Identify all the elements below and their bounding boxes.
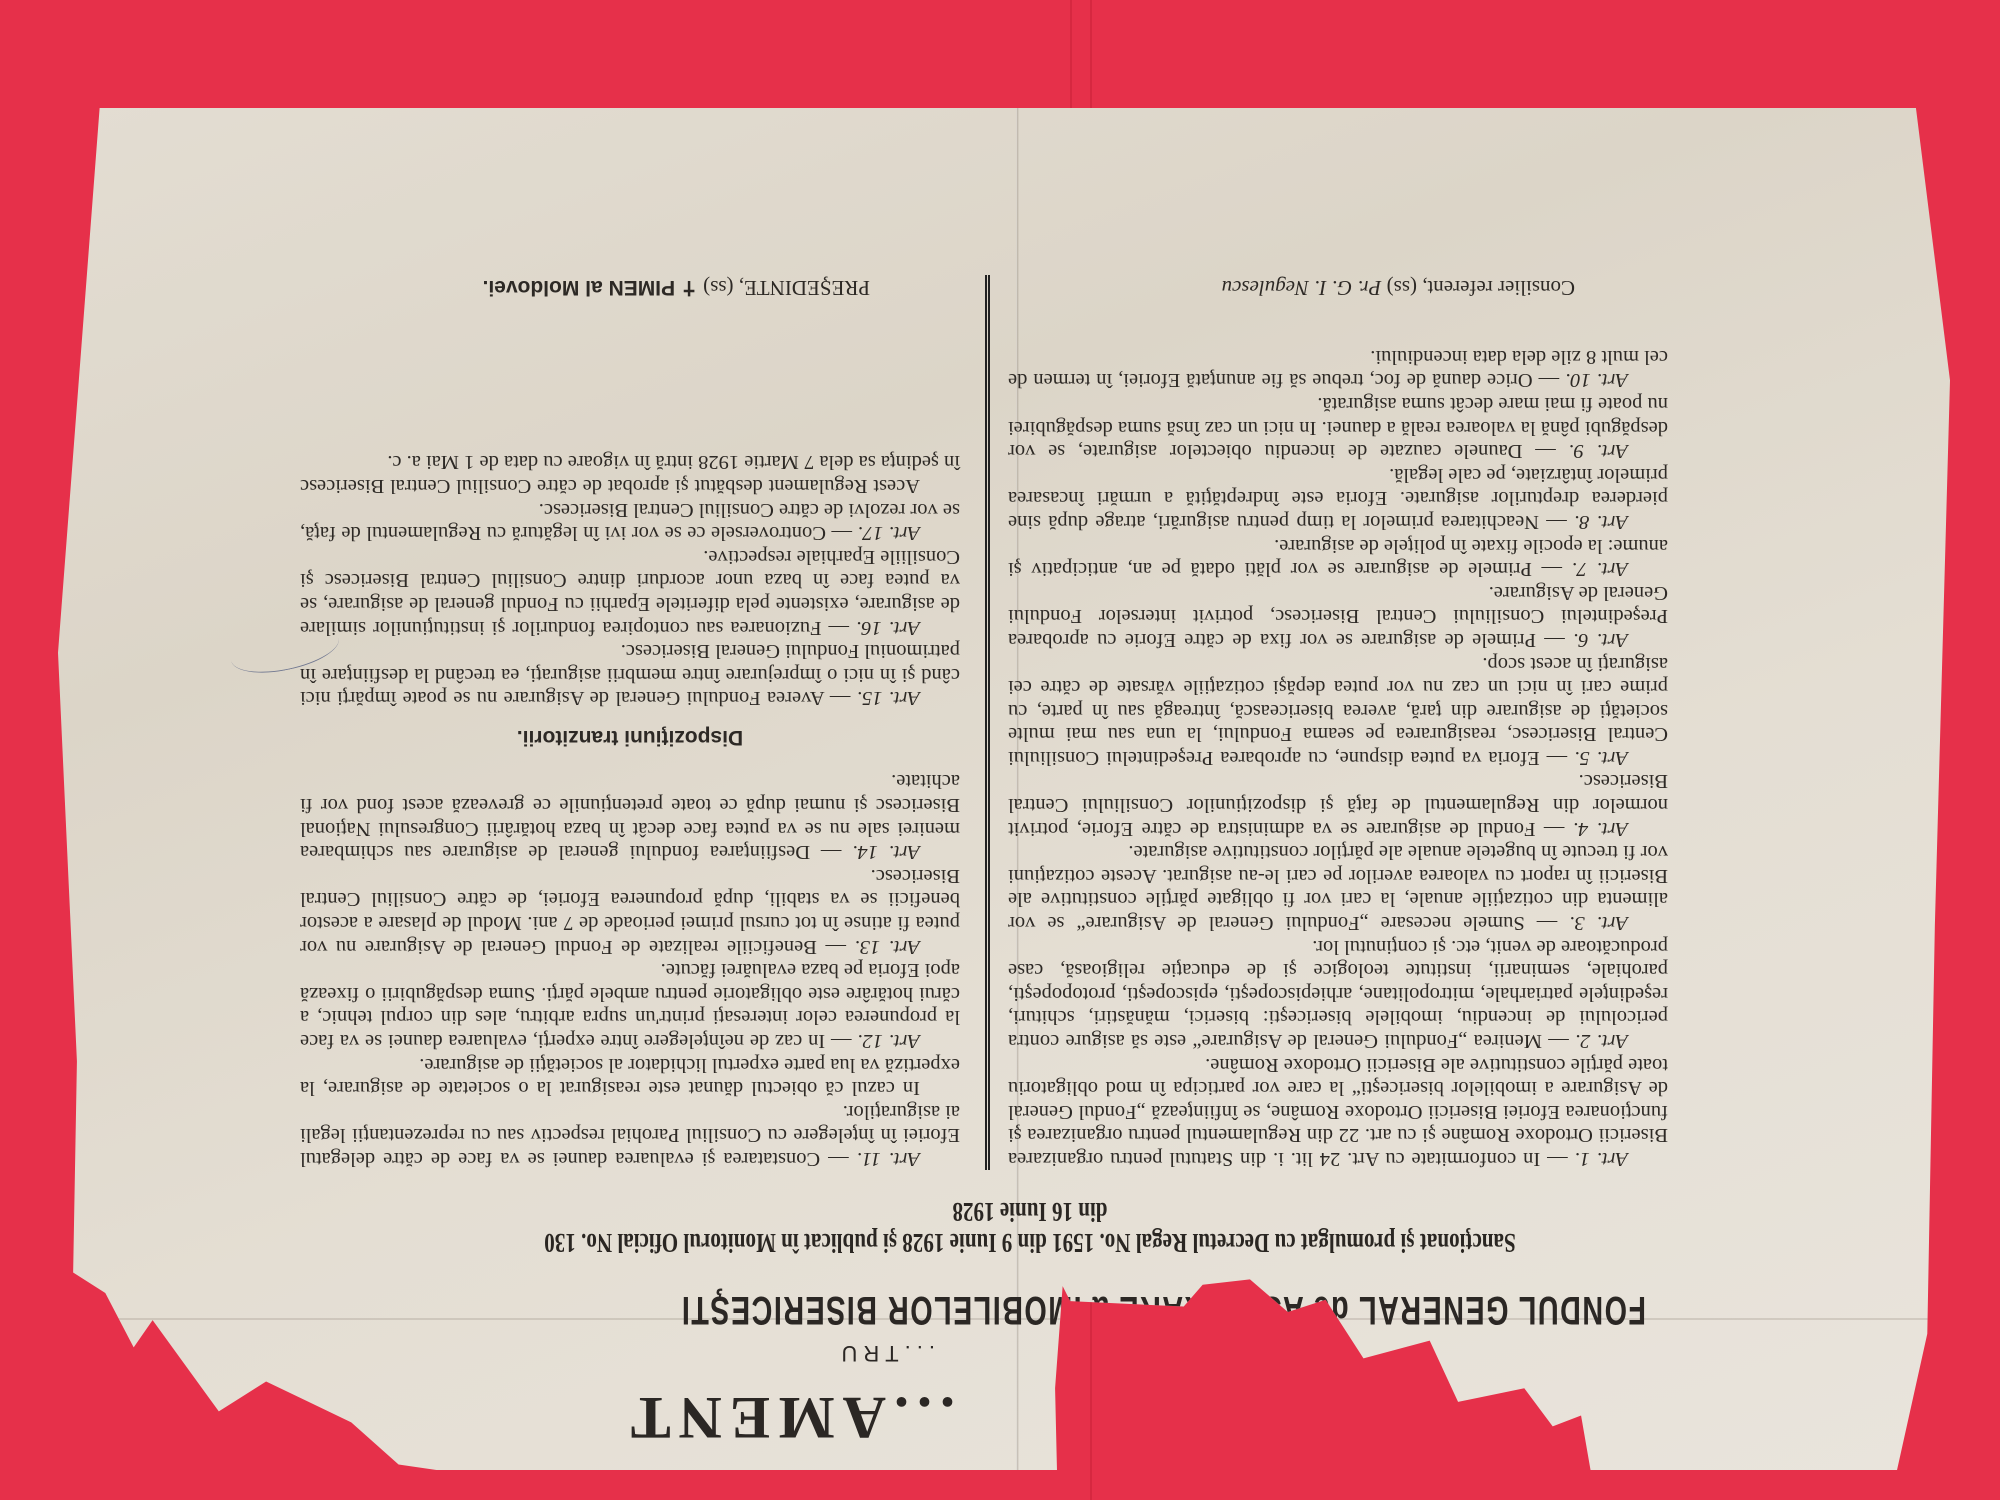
document-sheet: ...AMENT ...TRU FONDUL GENERAL de ASIGUR…	[58, 108, 1950, 1470]
article-paragraph: Art. 12. — In caz de neînţelegere între …	[300, 958, 960, 1052]
sanction-line-1: Sancţionat şi promulgat cu Decretul Rega…	[544, 1228, 1516, 1258]
article-number: Art. 14.	[852, 841, 920, 863]
article-paragraph: Art. 13. — Beneficiile realizate de Fond…	[300, 863, 960, 957]
article-paragraph: Art. 2. — Menirea „Fondului General de A…	[1008, 934, 1668, 1052]
article-number: Art. 2.	[1575, 1030, 1628, 1052]
sanction-notice: Sancţionat şi promulgat cu Decretul Rega…	[500, 1196, 1561, 1258]
article-text: — Daunele cauzate de incendiu obiectelor…	[1008, 393, 1668, 462]
article-text: — Fondul de asigurare se va administra d…	[1008, 771, 1668, 840]
section-subheading: Dispoziţiuni tranzitorii.	[300, 725, 960, 749]
article-paragraph: Art. 7. — Primele de asigurare se vor pl…	[1008, 533, 1668, 580]
article-number: Art. 16.	[856, 617, 920, 639]
signature-name: Pr. G. I. Negulescu	[1222, 276, 1382, 300]
article-paragraph: In cazul că obiectul dăunat este reasigu…	[300, 1052, 960, 1099]
article-text: — Sumele necesare „Fondului General de A…	[1008, 841, 1668, 934]
article-text: — Eforia va putea dispune, cu aprobarea …	[1008, 653, 1668, 769]
article-text: Acest Regulament desbătut şi aprobat de …	[300, 451, 960, 497]
article-text: — In conformitate cu Art. 24 lit. i. din…	[1008, 1054, 1668, 1170]
column-right: Art. 11. — Constatarea şi evaluarea daun…	[300, 450, 960, 1170]
article-paragraph: Acest Regulament desbătut şi aprobat de …	[300, 450, 960, 497]
heading-fragment: ...AMENT	[255, 1383, 955, 1452]
article-text: — Primele de asigurare se vor fixa de că…	[1008, 582, 1668, 651]
paper: ...AMENT ...TRU FONDUL GENERAL de ASIGUR…	[58, 108, 1950, 1470]
article-paragraph: Art. 6. — Primele de asigurare se vor fi…	[1008, 580, 1668, 651]
article-number: Art. 11.	[857, 1148, 920, 1170]
signature-title: Consilier referent, (ss)	[1387, 276, 1575, 300]
article-text: — Primele de asigurare se vor plăti odat…	[1008, 535, 1668, 581]
signature-name: PIMEN al Moldovei.	[483, 276, 676, 299]
heading-sub-fragment: ...TRU	[835, 1340, 935, 1366]
president-signature: PREŞEDINTE, (ss) ✝ PIMEN al Moldovei.	[483, 275, 870, 300]
article-number: Art. 15.	[857, 687, 920, 709]
referent-signature: Consilier referent, (ss) Pr. G. I. Negul…	[1222, 275, 1575, 300]
article-paragraph: Art. 15. — Averea Fondului General de As…	[300, 639, 960, 710]
article-number: Art. 17.	[858, 522, 920, 544]
article-number: Art. 4.	[1573, 818, 1628, 840]
article-number: Art. 9.	[1569, 440, 1628, 462]
article-paragraph: Art. 11. — Constatarea şi evaluarea daun…	[300, 1099, 960, 1170]
article-paragraph: Art. 16. — Fuzionarea sau contopirea fon…	[300, 544, 960, 638]
document-title: FONDUL GENERAL de ASIGURARE a IMOBILELOR…	[854, 1287, 1646, 1332]
article-number: Art. 12.	[857, 1030, 920, 1052]
article-paragraph: Art. 10. — Orice daună de foc, trebue să…	[1008, 344, 1668, 391]
article-number: Art. 1.	[1574, 1148, 1628, 1170]
article-text: — Menirea „Fondului General de Asigurare…	[1008, 936, 1668, 1052]
article-number: Art. 10.	[1565, 369, 1628, 391]
column-divider	[985, 275, 990, 1170]
article-paragraph: Art. 8. — Neachitarea primelor la timp p…	[1008, 462, 1668, 533]
article-text: In cazul că obiectul dăunat este reasigu…	[300, 1054, 960, 1100]
article-number: Art. 8.	[1574, 511, 1628, 533]
article-paragraph: Art. 4. — Fondul de asigurare se va admi…	[1008, 769, 1668, 840]
article-paragraph: Art. 1. — In conformitate cu Art. 24 lit…	[1008, 1052, 1668, 1170]
article-paragraph: Art. 3. — Sumele necesare „Fondului Gene…	[1008, 840, 1668, 934]
article-number: Art. 3.	[1569, 912, 1628, 934]
article-paragraph: Art. 14. — Desfiinţarea fondului general…	[300, 769, 960, 863]
article-paragraph: Art. 17. — Controversele ce se vor ivi î…	[300, 497, 960, 544]
article-number: Art. 6.	[1573, 629, 1628, 651]
sanction-line-2: din 16 Iunie 1928	[500, 1196, 1561, 1227]
article-number: Art. 13.	[855, 936, 921, 958]
background-seam	[1070, 0, 1072, 120]
article-paragraph: Art. 9. — Daunele cauzate de incendiu ob…	[1008, 391, 1668, 462]
article-number: Art. 7.	[1572, 558, 1628, 580]
document-content: ...AMENT ...TRU FONDUL GENERAL de ASIGUR…	[58, 108, 1950, 1470]
article-paragraph: Art. 5. — Eforia va putea dispune, cu ap…	[1008, 651, 1668, 769]
column-left: Art. 1. — In conformitate cu Art. 24 lit…	[1008, 344, 1668, 1170]
signature-title: PREŞEDINTE, (ss) ✝	[680, 276, 870, 300]
article-number: Art. 5.	[1574, 747, 1628, 769]
article-text: — Neachitarea primelor la timp pentru as…	[1008, 464, 1668, 533]
